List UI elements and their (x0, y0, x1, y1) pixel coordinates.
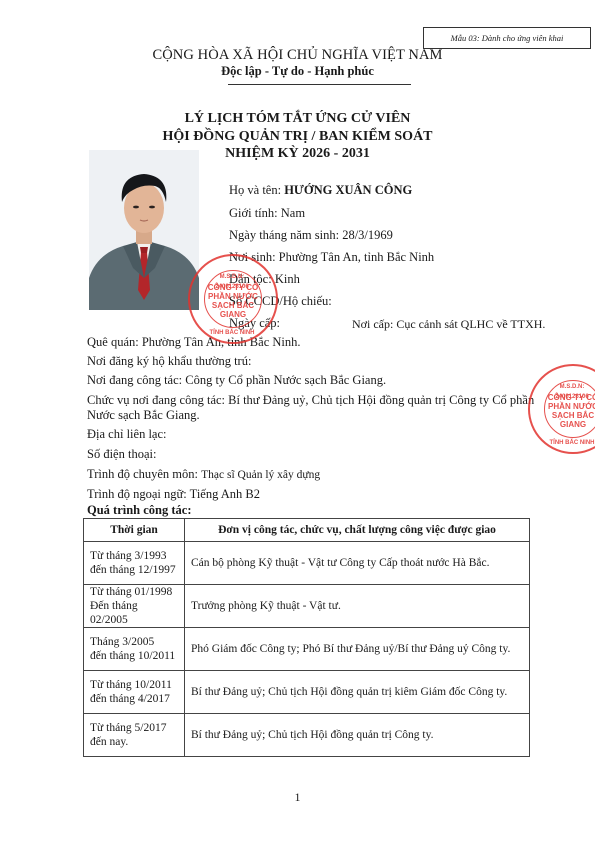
birthplace-field: Nơi sinh: Phường Tân An, tỉnh Bắc Ninh (229, 250, 434, 265)
time-start: Tháng 3/2005 (90, 635, 178, 649)
workplace-field: Nơi đang công tác: Công ty Cổ phần Nước … (87, 373, 386, 388)
document-title-line1: LÝ LỊCH TÓM TẮT ỨNG CỬ VIÊN (0, 111, 595, 127)
time-start: Từ tháng 3/1993 (90, 549, 178, 563)
table-row: Từ tháng 01/1998Đến tháng 02/2005Trưởng … (84, 585, 530, 628)
detail-cell: Cán bộ phòng Kỹ thuật - Vật tư Công ty C… (185, 542, 530, 585)
address-field: Địa chỉ liên lạc: (87, 427, 166, 442)
candidate-photo (89, 150, 199, 310)
page-number: 1 (0, 790, 595, 805)
motto-underline (228, 84, 411, 85)
ethnicity-field: Dân tộc: Kinh (229, 272, 300, 287)
time-cell: Từ tháng 5/2017đến nay. (84, 714, 185, 757)
time-cell: Từ tháng 01/1998Đến tháng 02/2005 (84, 585, 185, 628)
form-type-tag: Mẫu 03: Dành cho ứng viên khai (423, 27, 591, 49)
candidate-name: HƯỚNG XUÂN CÔNG (284, 183, 412, 197)
language-field: Trình độ ngoại ngữ: Tiếng Anh B2 (87, 487, 260, 502)
gender-field: Giới tính: Nam (229, 206, 305, 221)
issue-place-field: Nơi cấp: Cục cảnh sát QLHC về TTXH. (352, 317, 545, 332)
time-start: Từ tháng 01/1998 (90, 585, 178, 599)
detail-cell: Bí thư Đảng uỷ; Chủ tịch Hội đồng quản t… (185, 671, 530, 714)
table-row: Từ tháng 5/2017đến nay.Bí thư Đảng uỷ; C… (84, 714, 530, 757)
national-motto: Độc lập - Tự do - Hạnh phúc (0, 64, 595, 79)
table-row: Từ tháng 10/2011đến tháng 4/2017Bí thư Đ… (84, 671, 530, 714)
id-number-field: Số CCCD/Hộ chiếu: (229, 294, 332, 309)
work-history-table: Thời gian Đơn vị công tác, chức vụ, chất… (83, 518, 530, 757)
time-start: Từ tháng 10/2011 (90, 678, 178, 692)
document-title-line2: HỘI ĐỒNG QUẢN TRỊ / BAN KIỂM SOÁT (0, 129, 595, 145)
detail-cell: Bí thư Đảng uỷ; Chủ tịch Hội đồng quản t… (185, 714, 530, 757)
table-row: Từ tháng 3/1993đến tháng 12/1997Cán bộ p… (84, 542, 530, 585)
detail-cell: Trưởng phòng Kỹ thuật - Vật tư. (185, 585, 530, 628)
time-start: Từ tháng 5/2017 (90, 721, 178, 735)
issue-date-field: Ngày cấp: (229, 316, 280, 331)
time-cell: Từ tháng 10/2011đến tháng 4/2017 (84, 671, 185, 714)
time-end: đến tháng 10/2011 (90, 649, 178, 663)
time-end: đến tháng 4/2017 (90, 692, 178, 706)
residence-field: Nơi đăng ký hộ khẩu thường trú: (87, 354, 251, 369)
expertise-field: Trình độ chuyên môn: Thạc sĩ Quản lý xây… (87, 467, 320, 482)
table-header-row: Thời gian Đơn vị công tác, chức vụ, chất… (84, 519, 530, 542)
work-history-heading: Quá trình công tác: (87, 503, 192, 518)
column-header-detail: Đơn vị công tác, chức vụ, chất lượng côn… (185, 519, 530, 542)
time-cell: Từ tháng 3/1993đến tháng 12/1997 (84, 542, 185, 585)
time-end: Đến tháng 02/2005 (90, 599, 178, 627)
dob-field: Ngày tháng năm sinh: 28/3/1969 (229, 228, 393, 243)
detail-cell: Phó Giám đốc Công ty; Phó Bí thư Đảng uỷ… (185, 628, 530, 671)
position-field: Chức vụ nơi đang công tác: Bí thư Đảng u… (87, 393, 534, 408)
time-end: đến nay. (90, 735, 178, 749)
position-field-continued: Nước sạch Bắc Giang. (87, 408, 200, 423)
phone-field: Số điện thoại: (87, 447, 156, 462)
name-field: Họ và tên: HƯỚNG XUÂN CÔNG (229, 183, 412, 198)
time-end: đến tháng 12/1997 (90, 563, 178, 577)
column-header-time: Thời gian (84, 519, 185, 542)
time-cell: Tháng 3/2005đến tháng 10/2011 (84, 628, 185, 671)
table-row: Tháng 3/2005đến tháng 10/2011Phó Giám đố… (84, 628, 530, 671)
hometown-field: Quê quán: Phường Tân An, tỉnh Bắc Ninh. (87, 335, 301, 350)
company-stamp-2: M.S.D.N: 2400126106 CÔNG TY CỔ PHẦN NƯỚC… (528, 364, 595, 454)
national-title: CỘNG HÒA XÃ HỘI CHỦ NGHĨA VIỆT NAM (0, 47, 595, 64)
